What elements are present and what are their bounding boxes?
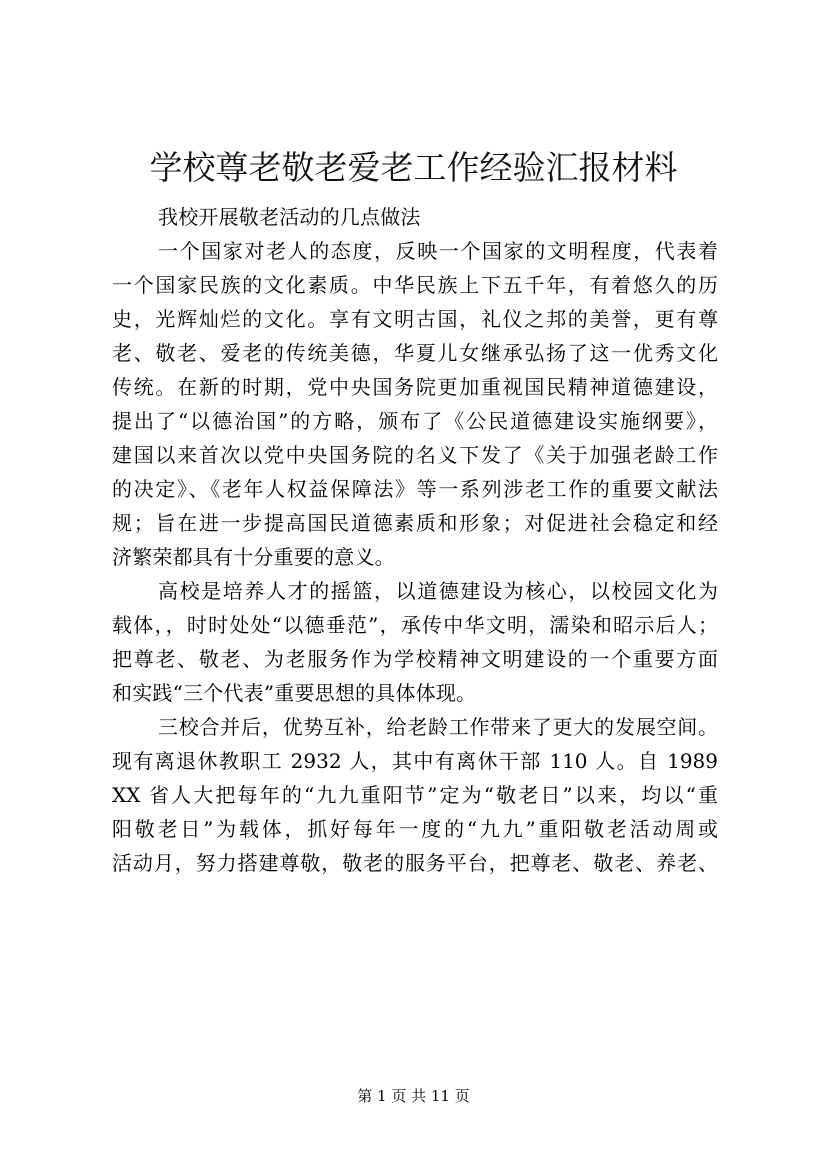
paragraph-line: 和实践“三个代表”重要思想的具体体现。 <box>112 676 718 710</box>
paragraph-line: 提出了“以德治国”的方略，颁布了《公民道德建设实施纲要》， <box>112 404 718 438</box>
paragraph-2: 高校是培养人才的摇篮，以道德建设为核心，以校园文化为 载体，，时时处处“以德垂范… <box>112 574 718 710</box>
paragraph-line: 活动月，努力搭建尊敬，敬老的服务平台，把尊老、敬老、养老、 <box>112 846 718 880</box>
paragraph-line: 传统。在新的时期，党中央国务院更加重视国民精神道德建设， <box>112 370 718 404</box>
paragraph-line: 史，光辉灿烂的文化。享有文明古国，礼仪之邦的美誉，更有尊 <box>112 302 718 336</box>
paragraph-3: 三校合并后，优势互补，给老龄工作带来了更大的发展空间。 现有离退休教职工 293… <box>112 710 718 880</box>
document-title: 学校尊老敬老爱老工作经验汇报材料 <box>0 146 827 190</box>
paragraph-line: 的决定》、《老年人权益保障法》等一系列涉老工作的重要文献法 <box>112 472 718 506</box>
document-page: 学校尊老敬老爱老工作经验汇报材料 我校开展敬老活动的几点做法 一个国家对老人的态… <box>0 0 827 1170</box>
page-number-footer: 第 1 页 共 11 页 <box>0 1086 827 1106</box>
paragraph-line: 老、敬老、爱老的传统美德，华夏儿女继承弘扬了这一优秀文化 <box>112 336 718 370</box>
paragraph-1: 一个国家对老人的态度，反映一个国家的文明程度，代表着 一个国家民族的文化素质。中… <box>112 234 718 574</box>
paragraph-line: 阳敬老日”为载体，抓好每年一度的“九九”重阳敬老活动周或 <box>112 812 718 846</box>
paragraph-line: 三校合并后，优势互补，给老龄工作带来了更大的发展空间。 <box>112 710 718 744</box>
paragraph-line: 一个国家民族的文化素质。中华民族上下五千年，有着悠久的历 <box>112 268 718 302</box>
section-heading: 我校开展敬老活动的几点做法 <box>112 200 718 234</box>
paragraph-line: XX 省人大把每年的“九九重阳节”定为“敬老日”以来，均以“重 <box>112 778 718 812</box>
paragraph-line: 规；旨在进一步提高国民道德素质和形象；对促进社会稳定和经 <box>112 506 718 540</box>
paragraph-line: 建国以来首次以党中央国务院的名义下发了《关于加强老龄工作 <box>112 438 718 472</box>
paragraph-line: 高校是培养人才的摇篮，以道德建设为核心，以校园文化为 <box>112 574 718 608</box>
paragraph-line: 把尊老、敬老、为老服务作为学校精神文明建设的一个重要方面 <box>112 642 718 676</box>
document-body: 我校开展敬老活动的几点做法 一个国家对老人的态度，反映一个国家的文明程度，代表着… <box>112 200 718 880</box>
paragraph-line: 一个国家对老人的态度，反映一个国家的文明程度，代表着 <box>112 234 718 268</box>
paragraph-line: 济繁荣都具有十分重要的意义。 <box>112 540 718 574</box>
paragraph-line: 载体，，时时处处“以德垂范”，承传中华文明，濡染和昭示后人； <box>112 608 718 642</box>
paragraph-line: 现有离退休教职工 2932 人，其中有离休干部 110 人。自 1989 年， <box>112 744 718 778</box>
